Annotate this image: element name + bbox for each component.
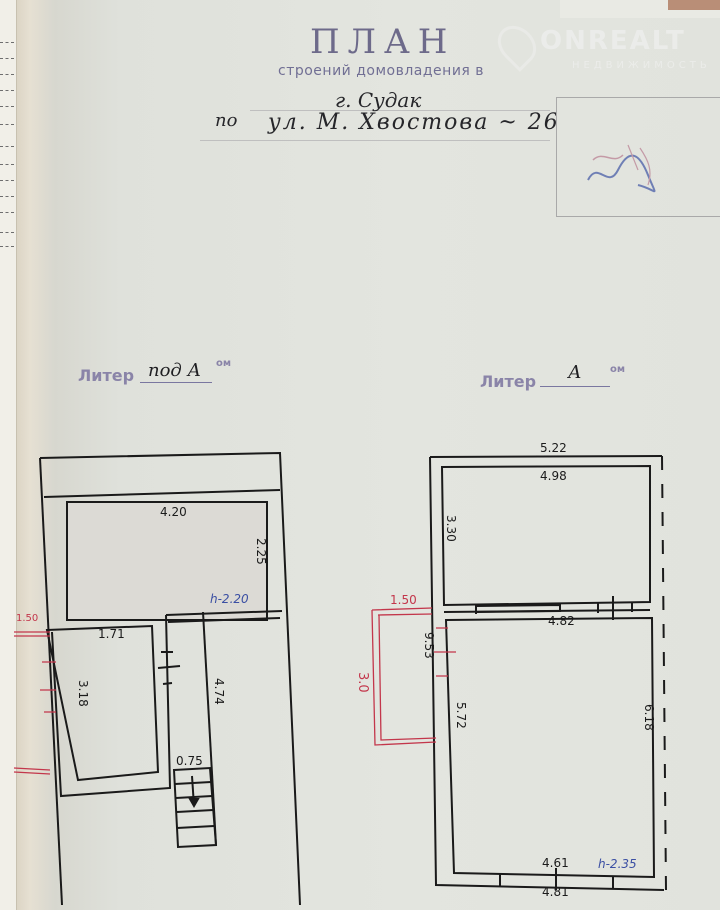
- dim-right-bottom-height-right: 6.18: [642, 704, 656, 731]
- dim-left-top-width: 4.20: [160, 505, 187, 519]
- dim-stair-width: 0.75: [176, 754, 203, 768]
- dim-annex-length: 3.0: [355, 672, 370, 693]
- dim-left-top-height: 2.25: [254, 538, 268, 565]
- floor-plan-drawing: [0, 0, 720, 910]
- dim-left-room-height: 3.18: [76, 680, 90, 707]
- dim-right-bottom-width-inner: 4.61: [542, 856, 569, 870]
- dim-left-red-mark: 1.50: [16, 613, 38, 624]
- dim-right-bottom-width-top: 4.82: [548, 614, 575, 628]
- scanned-document: ONREALT НЕДВИЖИМОСТЬ ПЛАН строений домов…: [0, 0, 720, 910]
- dim-right-bottom-height-left: 5.72: [454, 702, 468, 729]
- dim-left-ceiling: h-2.20: [210, 592, 249, 606]
- dim-right-left-total: 9.53: [422, 632, 436, 659]
- dim-stair-corridor: 4.74: [212, 678, 226, 705]
- dim-right-bottom-width-outer: 4.81: [542, 885, 569, 899]
- dim-right-ceiling: h-2.35: [598, 857, 637, 871]
- dim-left-room-width: 1.71: [98, 627, 125, 641]
- dim-annex-width: 1.50: [390, 593, 417, 607]
- dim-right-outer-width: 5.22: [540, 441, 567, 455]
- dim-right-top-width: 4.98: [540, 469, 567, 483]
- dim-right-top-height: 3.30: [444, 515, 458, 542]
